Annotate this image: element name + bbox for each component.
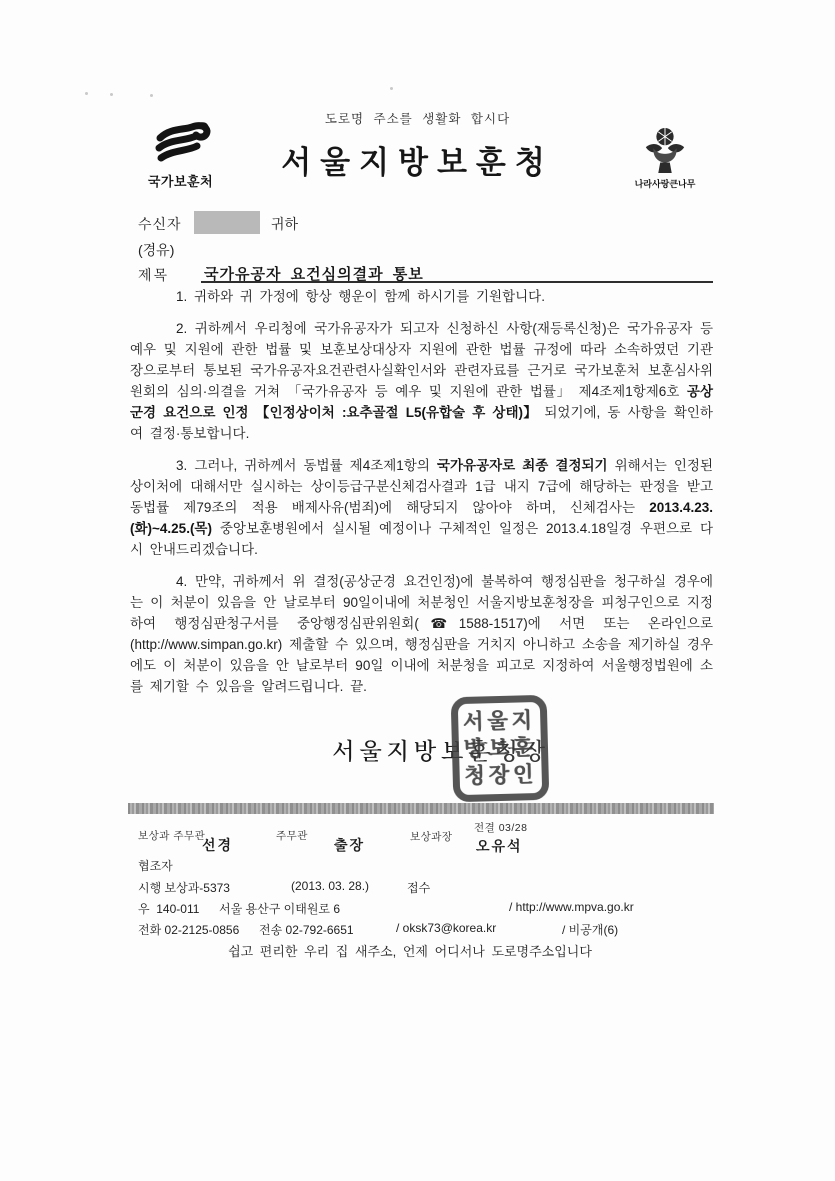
privacy-note: / 비공개(6) [562, 921, 618, 938]
approver-name: 선경 [202, 835, 233, 855]
bottom-slogan: 쉽고 편리한 우리 집 새주소, 언제 어디서나 도로명주소입니다 [130, 941, 690, 960]
scan-speck [110, 93, 113, 96]
text-segment: 1. 귀하와 귀 가정에 항상 행운이 함께 하시기를 기원합니다. [176, 289, 545, 304]
mpva-logo: 국가보훈처 [133, 118, 228, 190]
approver-name: 오유석 [476, 836, 523, 856]
body-paragraph: 4. 만약, 귀하께서 위 결정(공상군경 요건인정)에 불복하여 행정심판을 … [130, 571, 713, 697]
tree-icon [615, 126, 715, 176]
text-segment: 국가유공자로 최종 결정되기 [437, 458, 608, 473]
street-address: 서울 용산구 이태원로 6 [219, 900, 340, 917]
scanned-document-page: 도로명 주소를 생활화 합시다 서울지방보훈청 국가보훈처 [0, 0, 835, 1181]
text-segment: 2. 귀하께서 우리청에 국가유공자가 되고자 신청하신 사항(재등록신청)은 … [130, 321, 713, 399]
recipient-honorific: 귀하 [271, 214, 298, 234]
approver-role: 보상과 주무관 [138, 828, 205, 843]
approver-role: 주무관 [276, 828, 308, 843]
scan-speck [150, 94, 153, 97]
scan-speck [390, 87, 393, 90]
text-segment: 4. 만약, 귀하께서 위 결정(공상군경 요건인정)에 불복하여 행정심판을 … [130, 574, 713, 694]
cooperator-label: 협조자 [138, 857, 173, 874]
approver-role: 보상과장 [410, 829, 453, 844]
subject-label: 제목 [138, 265, 169, 285]
postal-code: 우 140-011 [138, 900, 199, 917]
fax-number: 전송 02-792-6651 [259, 921, 354, 938]
doc-number: 시행 보상과-5373 [138, 879, 230, 896]
official-seal-stamp: 서울지 방보훈 청장인 [451, 695, 550, 802]
recipient-label: 수신자 [138, 214, 182, 234]
seal-text: 청장인 [464, 761, 538, 790]
delegation-note: 전결 03/28 [474, 820, 527, 835]
subject-underline [201, 281, 713, 283]
via-label: (경유) [138, 240, 174, 260]
receipt-label: 접수 [407, 879, 430, 896]
redacted-recipient-name [194, 211, 260, 234]
tree-emblem-label: 나라사랑큰나무 [615, 177, 715, 190]
text-segment: 3. 그러나, 귀하께서 동법률 제4조제1항의 [176, 458, 437, 473]
approver-name: 출장 [334, 835, 365, 855]
tree-emblem: 나라사랑큰나무 [615, 126, 715, 190]
body-paragraph: 3. 그러나, 귀하께서 동법률 제4조제1항의 국가유공자로 최종 결정되기 … [130, 455, 713, 560]
flag-swirl-icon [133, 118, 228, 170]
website-url: / http://www.mpva.go.kr [509, 900, 634, 914]
halftone-divider [128, 803, 714, 814]
top-slogan: 도로명 주소를 생활화 합시다 [0, 109, 835, 127]
mpva-logo-label: 국가보훈처 [133, 171, 228, 190]
doc-date: (2013. 03. 28.) [291, 879, 369, 893]
body-paragraph: 2. 귀하께서 우리청에 국가유공자가 되고자 신청하신 사항(재등록신청)은 … [130, 318, 713, 444]
body-paragraph: 1. 귀하와 귀 가정에 항상 행운이 함께 하시기를 기원합니다. [130, 286, 713, 307]
email-address: / oksk73@korea.kr [396, 921, 496, 935]
phone-number: 전화 02-2125-0856 [138, 921, 239, 938]
seal-text: 서울지 [463, 707, 537, 736]
document-body: 1. 귀하와 귀 가정에 항상 행운이 함께 하시기를 기원합니다.2. 귀하께… [130, 286, 713, 708]
scan-speck [85, 92, 88, 95]
text-segment: 중앙보훈병원에서 실시될 예정이나 구체적인 일정은 2013.4.18일경 우… [130, 521, 713, 557]
seal-text: 방보훈 [463, 734, 537, 763]
